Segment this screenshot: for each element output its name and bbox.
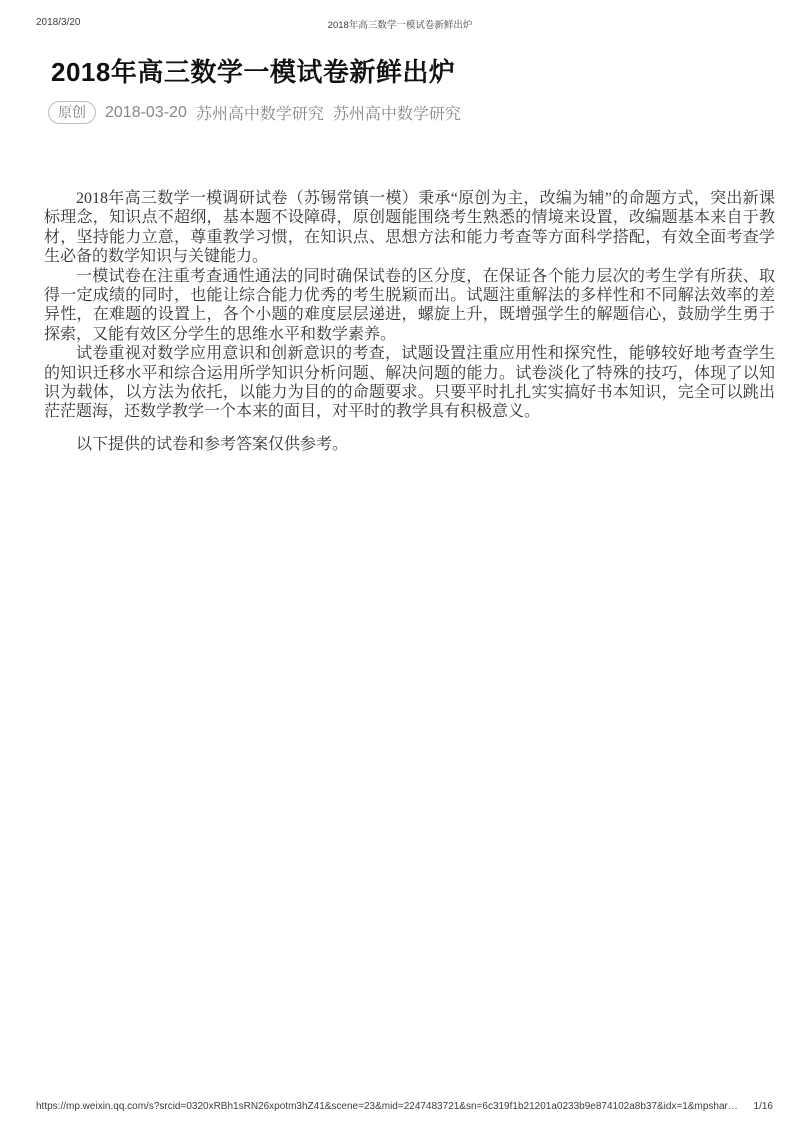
print-header-date: 2018/3/20 <box>36 17 81 28</box>
paragraph-1: 2018年高三数学一模调研试卷（苏锡常镇一模）秉承“原创为主，改编为辅”的命题方… <box>44 189 775 267</box>
closing-note: 以下提供的试卷和参考答案仅供参考。 <box>44 435 775 454</box>
paragraph-3: 试卷重视对数学应用意识和创新意识的考查，试题设置注重应用性和探究性，能够较好地考… <box>44 344 775 422</box>
print-header: 2018/3/20 2018年高三数学一模试卷新鲜出炉 <box>36 17 764 31</box>
original-badge: 原创 <box>48 101 96 124</box>
paragraph-2: 一模试卷在注重考查通性通法的同时确保试卷的区分度，在保证各个能力层次的考生学有所… <box>44 267 775 345</box>
publish-date: 2018-03-20 <box>105 104 187 122</box>
author-name: 苏州高中数学研究 <box>196 101 324 124</box>
print-footer: https://mp.weixin.qq.com/s?srcid=0320xRB… <box>36 1101 773 1112</box>
page-indicator: 1/16 <box>754 1101 773 1112</box>
source-url: https://mp.weixin.qq.com/s?srcid=0320xRB… <box>36 1101 738 1112</box>
article-meta-row: 原创 2018-03-20 苏州高中数学研究 苏州高中数学研究 <box>48 101 461 124</box>
print-header-title: 2018年高三数学一模试卷新鲜出炉 <box>328 17 473 31</box>
article-title: 2018年高三数学一模试卷新鲜出炉 <box>51 58 772 87</box>
account-name: 苏州高中数学研究 <box>333 101 461 124</box>
article-body: 2018年高三数学一模调研试卷（苏锡常镇一模）秉承“原创为主，改编为辅”的命题方… <box>44 189 775 454</box>
printed-page: 2018/3/20 2018年高三数学一模试卷新鲜出炉 2018年高三数学一模试… <box>0 0 800 1132</box>
